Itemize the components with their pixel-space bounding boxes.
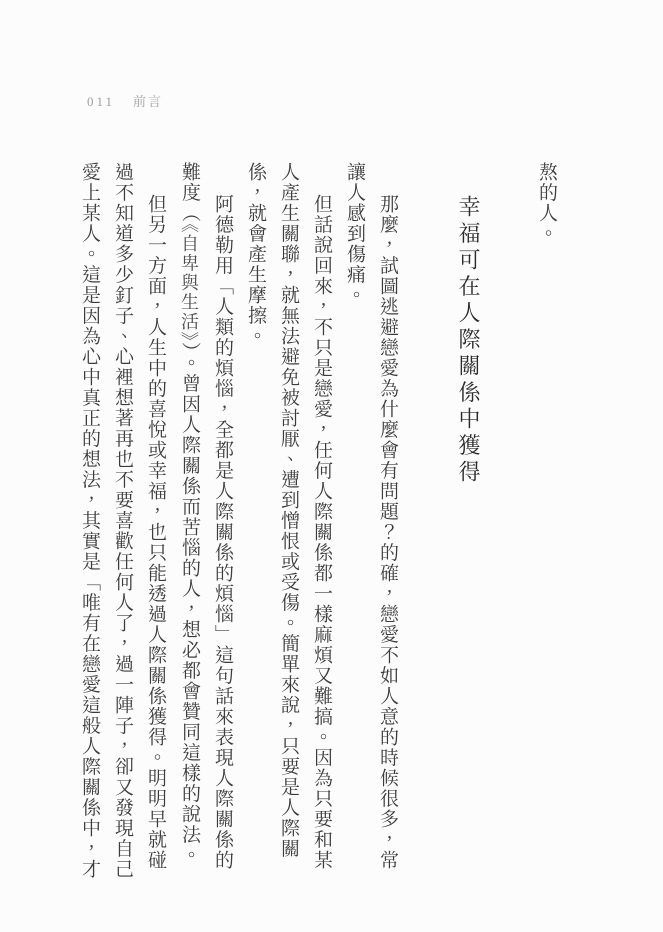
paragraph-3-line-1: 阿德勒用「人類的煩惱，全都是人際關係的煩惱」這句話來表現人際關係的 [206, 162, 239, 882]
paragraph-2-line-2: 人產生關聯，就無法避免被討厭、遭到憎恨或受傷。簡單來說，只要是人際關 [272, 162, 305, 882]
paragraph-3-line-2: 難度（《自卑與生活》）。曾因人際關係而苦惱的人，想必都會贊同這樣的說法。 [172, 162, 206, 882]
paragraph-3-line-2-text: 難度（ [179, 162, 200, 224]
vertical-text-block: 熬的人。 幸福可在人際關係中獲得 那麼，試圖逃避戀愛為什麼會有問題？的確，戀愛不… [73, 162, 563, 882]
page-number: 011 [87, 94, 115, 110]
paragraph-2: 但話說回來，不只是戀愛，任何人際關係都一樣麻煩又難搞。因為只要和某 人產生關聯，… [239, 162, 338, 882]
paragraph-3: 阿德勒用「人類的煩惱，全都是人際關係的煩惱」這句話來表現人際關係的 難度（《自卑… [172, 162, 239, 882]
paragraph-1-line-1: 那麼，試圖逃避戀愛為什麼會有問題？的確，戀愛不如人意的時候很多，常 [371, 162, 404, 882]
paragraph-4: 但另一方面，人生中的喜悅或幸福，也只能透過人際關係獲得。明明早就碰 過不知道多少… [73, 162, 172, 882]
paragraph-2-line-1: 但話說回來，不只是戀愛，任何人際關係都一樣麻煩又難搞。因為只要和某 [305, 162, 338, 882]
paragraph-4-line-3: 愛上某人。這是因為心中真正的想法，其實是「唯有在戀愛這般人際關係中，才 [73, 162, 106, 882]
paragraph-1: 那麼，試圖逃避戀愛為什麼會有問題？的確，戀愛不如人意的時候很多，常 讓人感到傷痛… [338, 162, 404, 882]
paragraph-4-line-1: 但另一方面，人生中的喜悅或幸福，也只能透過人際關係獲得。明明早就碰 [139, 162, 172, 882]
paragraph-3-line-2-tail: ）。曾因人際關係而苦惱的人，想必都會贊同這樣的說法。 [179, 342, 200, 866]
paragraph-2-line-3: 係，就會產生摩擦。 [239, 162, 272, 882]
book-page: 011 前言 熬的人。 幸福可在人際關係中獲得 那麼，試圖逃避戀愛為什麼會有問題… [0, 0, 663, 932]
book-title-reference: 《自卑與生活》 [179, 224, 199, 343]
continuation-paragraph: 熬的人。 [530, 162, 563, 882]
continuation-line: 熬的人。 [530, 162, 563, 882]
chapter-title: 幸福可在人際關係中獲得 [451, 162, 485, 882]
running-header: 011 前言 [87, 91, 163, 110]
paragraph-4-line-2: 過不知道多少釘子、心裡想著再也不要喜歡任何人了，過一陣子，卻又發現自己 [106, 162, 139, 882]
paragraph-1-line-2: 讓人感到傷痛。 [338, 162, 371, 882]
section-label: 前言 [133, 91, 163, 110]
